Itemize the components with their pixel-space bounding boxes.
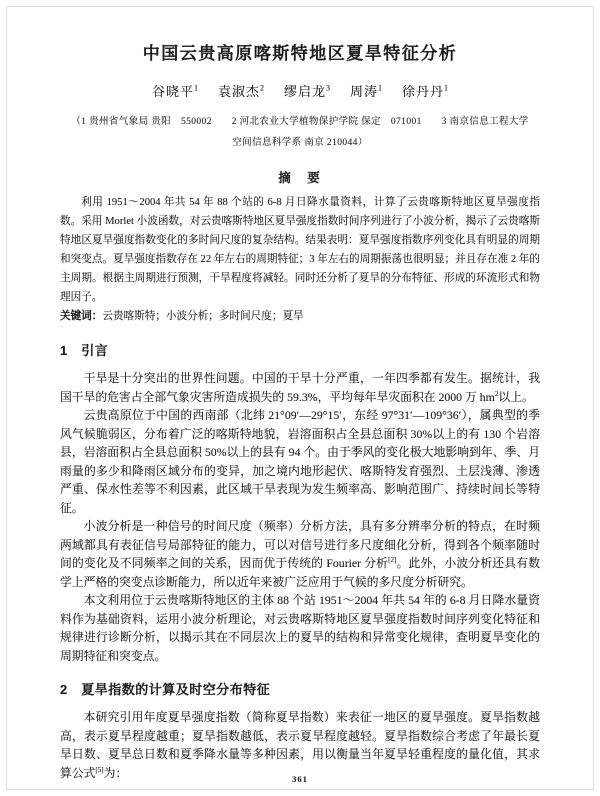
author-affil-mark: 1	[444, 84, 448, 93]
keywords-label: 关键词：	[60, 310, 102, 322]
paragraph-intro-4: 本文利用位于云贵喀斯特地区的主体 88 个站 1951～2004 年共 54 年…	[60, 591, 540, 665]
author-name: 袁淑杰	[218, 84, 260, 99]
paragraph-section2-1: 本研究引用年度夏旱强度指数（简称夏旱指数）来表征一地区的夏旱强度。夏旱指数越高，…	[60, 708, 540, 782]
paragraph-intro-2: 云贵高原位于中国的西南部（北纬 21°09′—29°15′，东经 97°31′—…	[60, 406, 540, 517]
author-affil-mark: 2	[260, 84, 264, 93]
author-list: 谷晓平1袁淑杰2缪启龙3周涛1徐丹丹1	[60, 82, 540, 102]
page-number: 361	[0, 774, 600, 784]
author-name: 缪启龙	[284, 84, 326, 99]
author-affil-mark: 3	[326, 84, 330, 93]
author: 缪启龙3	[284, 82, 330, 102]
paragraph-text: 本研究引用年度夏旱强度指数（简称夏旱指数）来表征一地区的夏旱强度。夏旱指数越高，…	[60, 710, 540, 780]
author: 袁淑杰2	[218, 82, 264, 102]
abstract-text: 利用 1951～2004 年共 54 年 88 个站的 6-8 月日降水量资料，…	[60, 193, 540, 307]
paper-title: 中国云贵高原喀斯特地区夏旱特征分析	[60, 0, 540, 66]
section-1-heading: 1 引言	[60, 341, 540, 361]
author: 徐丹丹1	[402, 82, 448, 102]
affiliation-line: （1 贵州省气象局 贵阳 550002 2 河北农业大学植物保护学院 保定 07…	[60, 112, 540, 133]
keywords-value: 云贵喀斯特；小波分析；多时间尺度；夏旱	[102, 311, 303, 322]
author-affil-mark: 1	[378, 84, 382, 93]
affiliation-line: 空间信息科学系 南京 210044）	[60, 133, 540, 154]
section-2-heading: 2 夏旱指数的计算及时空分布特征	[60, 680, 540, 700]
author: 谷晓平1	[152, 82, 198, 102]
keywords-line: 关键词：云贵喀斯特；小波分析；多时间尺度；夏旱	[60, 307, 540, 326]
author-affil-mark: 1	[194, 84, 198, 93]
author-name: 谷晓平	[152, 84, 194, 99]
paragraph-intro-1: 干旱是十分突出的世界性问题。中国的干旱十分严重，一年四季都有发生。据统计，我国干…	[60, 369, 540, 406]
paragraph-intro-3: 小波分析是一种信号的时间尺度（频率）分析方法，具有多分辨率分析的特点，在时频两域…	[60, 517, 540, 591]
author-name: 徐丹丹	[402, 84, 444, 99]
abstract-section: 利用 1951～2004 年共 54 年 88 个站的 6-8 月日降水量资料，…	[60, 193, 540, 326]
paragraph-text: 以上。	[498, 390, 533, 404]
author-name: 周涛	[350, 84, 378, 99]
affiliation-block: （1 贵州省气象局 贵阳 550002 2 河北农业大学植物保护学院 保定 07…	[60, 112, 540, 154]
paper-page: 中国云贵高原喀斯特地区夏旱特征分析 谷晓平1袁淑杰2缪启龙3周涛1徐丹丹1 （1…	[0, 0, 600, 796]
abstract-heading: 摘 要	[60, 170, 540, 187]
author: 周涛1	[350, 82, 382, 102]
reference-mark: [5]	[95, 766, 103, 774]
paragraph-text: 干旱是十分突出的世界性问题。中国的干旱十分严重，一年四季都有发生。据统计，我国干…	[60, 371, 540, 404]
